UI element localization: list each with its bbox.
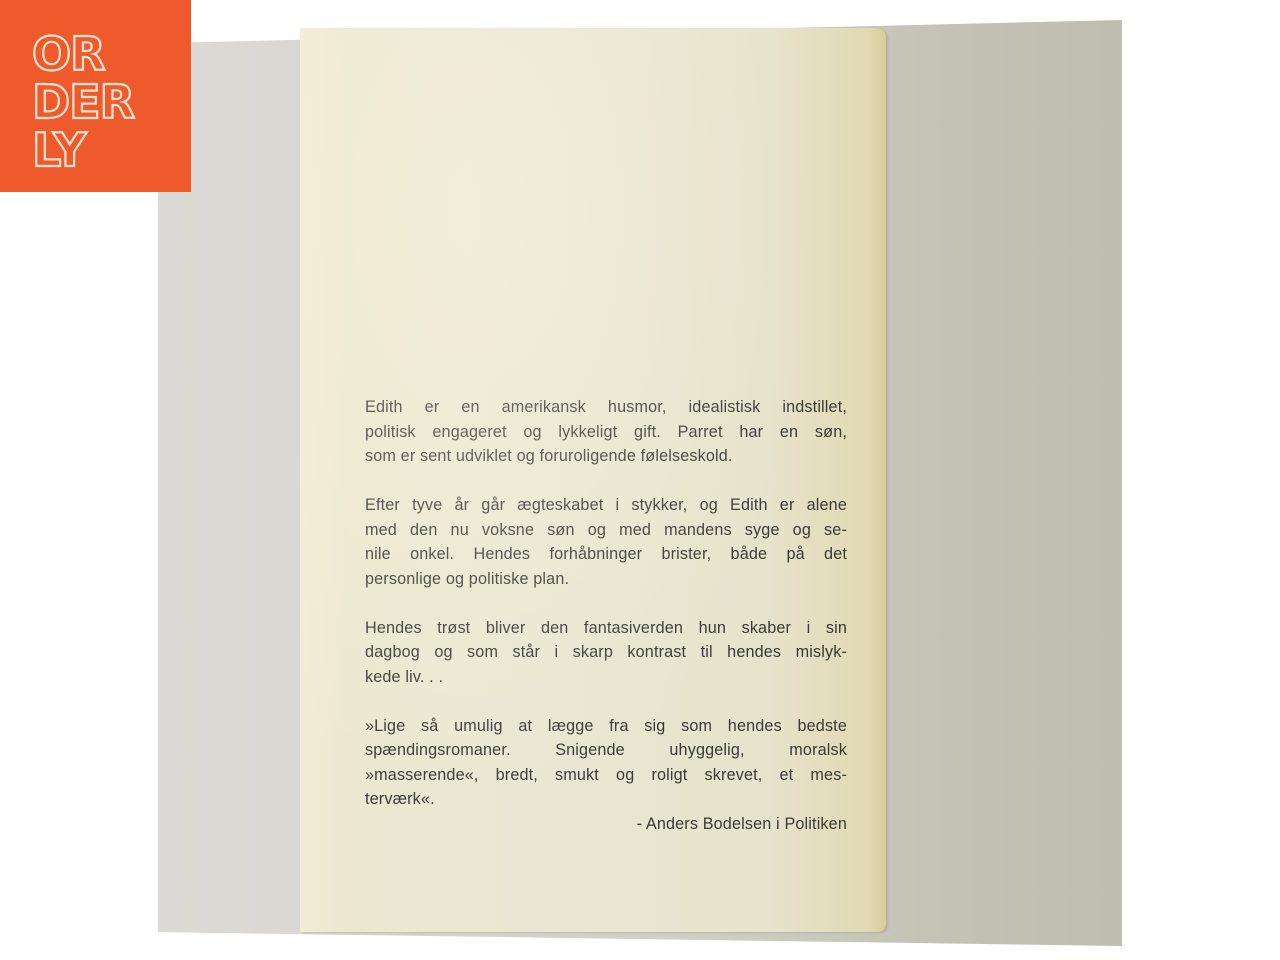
orderly-logo: OR DER LY bbox=[0, 0, 191, 192]
text-line: »Lige så umulig at lægge fra sig som hen… bbox=[365, 714, 847, 739]
text-line: nile onkel. Hendes forhåbninger brister,… bbox=[365, 542, 847, 567]
text-line: kede liv. . . bbox=[365, 665, 847, 690]
blurb-paragraph-3: Hendes trøst bliver den fantasiverden hu… bbox=[365, 616, 847, 690]
product-photo: Edith er en amerikansk husmor, idealisti… bbox=[0, 0, 1280, 960]
text-line: personlige og politiske plan. bbox=[365, 567, 847, 592]
text-line: som er sent udviklet og foruroligende fø… bbox=[365, 444, 847, 469]
text-line: »masserende«, bredt, smukt og roligt skr… bbox=[365, 763, 847, 788]
text-line: politisk engageret og lykkeligt gift. Pa… bbox=[365, 420, 847, 445]
blurb-paragraph-2: Efter tyve år går ægteskabet i stykker, … bbox=[365, 493, 847, 591]
logo-line-2: DER bbox=[32, 75, 135, 129]
logo-line-3: LY bbox=[32, 123, 87, 177]
blurb-paragraph-1: Edith er en amerikansk husmor, idealisti… bbox=[365, 395, 847, 469]
text-line: Hendes trøst bliver den fantasiverden hu… bbox=[365, 616, 847, 641]
logo-line-1: OR bbox=[32, 27, 105, 81]
review-attribution: - Anders Bodelsen i Politiken bbox=[365, 812, 847, 837]
text-line: med den nu voksne søn og med mandens syg… bbox=[365, 518, 847, 543]
text-line: terværk«. bbox=[365, 787, 847, 812]
text-line: Edith er en amerikansk husmor, idealisti… bbox=[365, 395, 847, 420]
logo-wordmark: OR DER LY bbox=[0, 0, 191, 192]
book-back-cover: Edith er en amerikansk husmor, idealisti… bbox=[300, 28, 886, 932]
text-line: Efter tyve år går ægteskabet i stykker, … bbox=[365, 493, 847, 518]
text-line: dagbog og som står i skarp kontrast til … bbox=[365, 640, 847, 665]
review-quote: »Lige så umulig at lægge fra sig som hen… bbox=[365, 714, 847, 837]
blurb-text: Edith er en amerikansk husmor, idealisti… bbox=[365, 395, 847, 836]
text-line: spændingsromaner. Snigende uhyggelig, mo… bbox=[365, 738, 847, 763]
